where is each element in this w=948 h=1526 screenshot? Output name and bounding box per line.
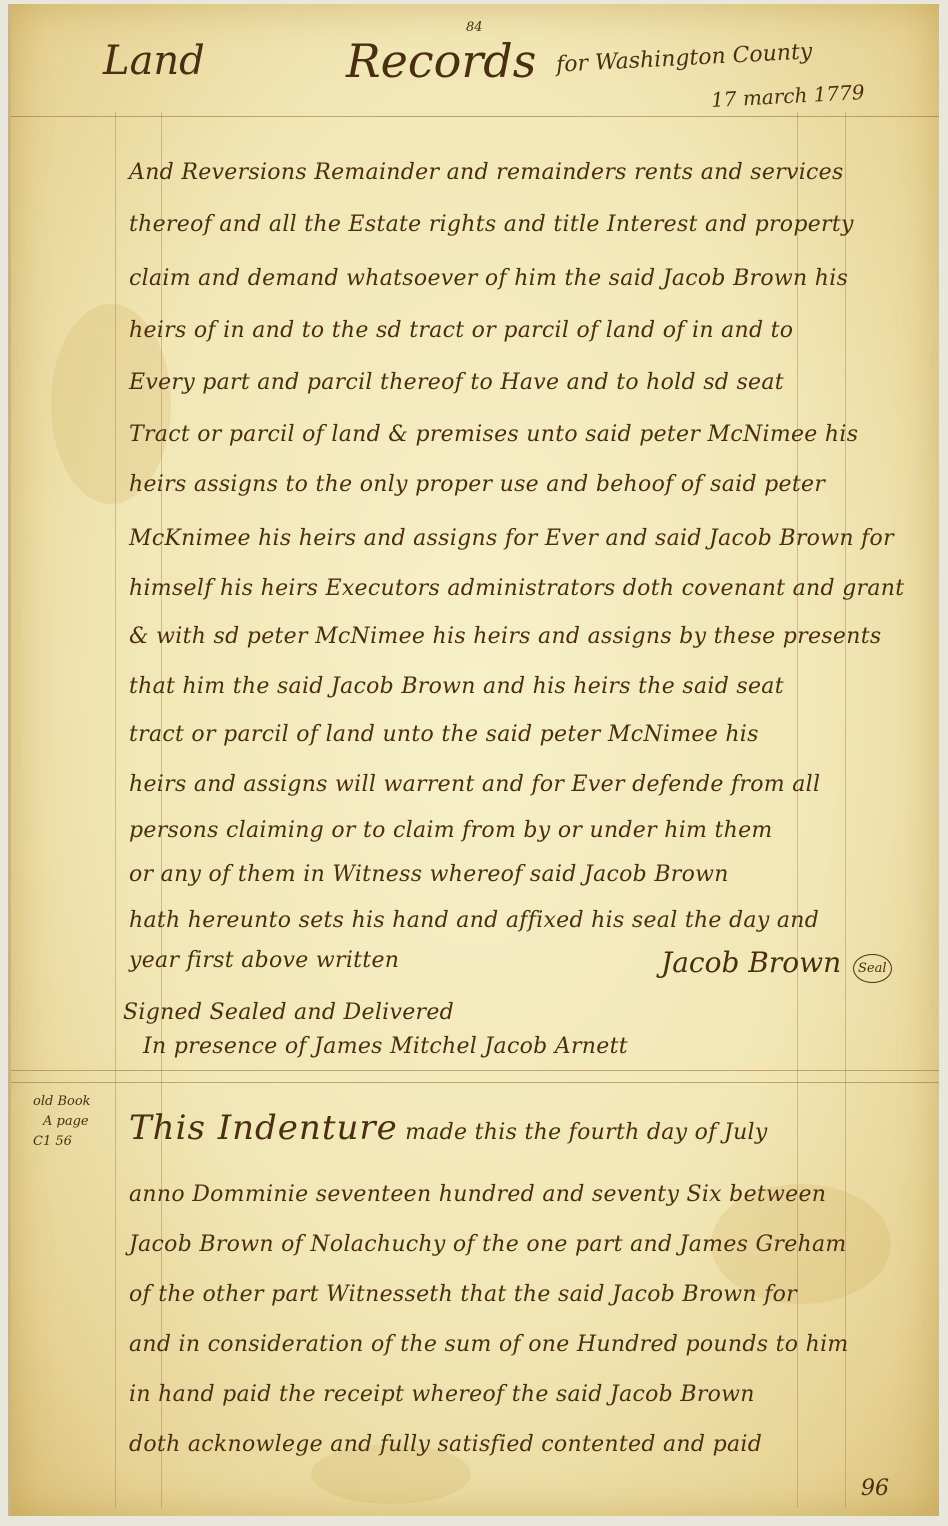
deed-line: himself his heirs Executors administrato…: [129, 576, 909, 601]
deed-line: McKnimee his heirs and assigns for Ever …: [129, 526, 909, 551]
deed-line: and in consideration of the sum of one H…: [129, 1332, 909, 1357]
deed-line: hath hereunto sets his hand and affixed …: [129, 908, 909, 933]
deed-line: Tract or parcil of land & premises unto …: [129, 422, 909, 447]
folio-mark: 96: [861, 1476, 889, 1501]
deed-line: of the other part Witnesseth that the sa…: [129, 1282, 909, 1307]
header-title-records: Records: [346, 34, 536, 88]
witnesses: In presence of James Mitchel Jacob Arnet…: [143, 1034, 923, 1059]
deed-line: heirs assigns to the only proper use and…: [129, 472, 909, 497]
deed-line: doth acknowlege and fully satisfied cont…: [129, 1432, 909, 1457]
margin-note: old Book A page C1 56: [33, 1092, 91, 1152]
header-date: 17 march 1779: [710, 80, 865, 112]
deed-line: tract or parcil of land unto the said pe…: [129, 722, 909, 747]
margin-note-line: C1 56: [33, 1132, 91, 1152]
margin-note-line: A page: [33, 1112, 91, 1132]
deed-line: heirs and assigns will warrent and for E…: [129, 772, 909, 797]
seal-mark: Seal: [853, 954, 892, 983]
deed-line: thereof and all the Estate rights and ti…: [129, 212, 909, 237]
deed-line-text: made this the fourth day of July: [405, 1120, 768, 1145]
manuscript-page: 84 Land Records for Washington County 17…: [8, 4, 939, 1516]
deed-line: or any of them in Witness whereof said J…: [129, 862, 909, 887]
deed-line: & with sd peter McNimee his heirs and as…: [129, 624, 909, 649]
deed-line: anno Domminie seventeen hundred and seve…: [129, 1182, 909, 1207]
attestation: Signed Sealed and Delivered: [123, 1000, 903, 1025]
page-number: 84: [466, 20, 483, 35]
margin-note-line: old Book: [33, 1092, 91, 1112]
deed-line: in hand paid the receipt whereof the sai…: [129, 1382, 909, 1407]
deed-line: heirs of in and to the sd tract or parci…: [129, 318, 909, 343]
deed-line: Jacob Brown of Nolachuchy of the one par…: [129, 1232, 909, 1257]
deed-line: Every part and parcil thereof to Have an…: [129, 370, 909, 395]
header-rule: [11, 116, 939, 117]
deed-line: This Indenture made this the fourth day …: [129, 1108, 909, 1148]
deed-line: claim and demand whatsoever of him the s…: [129, 266, 909, 291]
deed-line: persons claiming or to claim from by or …: [129, 818, 909, 843]
deed-line: And Reversions Remainder and remainders …: [129, 160, 909, 185]
header-county: for Washington County: [556, 39, 813, 77]
deed-line: that him the said Jacob Brown and his he…: [129, 674, 909, 699]
header-title-land: Land: [103, 38, 205, 84]
signature-jacob-brown: Jacob Brown: [661, 946, 841, 979]
section-rule-top: [11, 1070, 939, 1071]
section-rule-bottom: [11, 1082, 939, 1083]
margin-rule: [115, 112, 116, 1508]
indenture-heading: This Indenture: [129, 1108, 398, 1148]
